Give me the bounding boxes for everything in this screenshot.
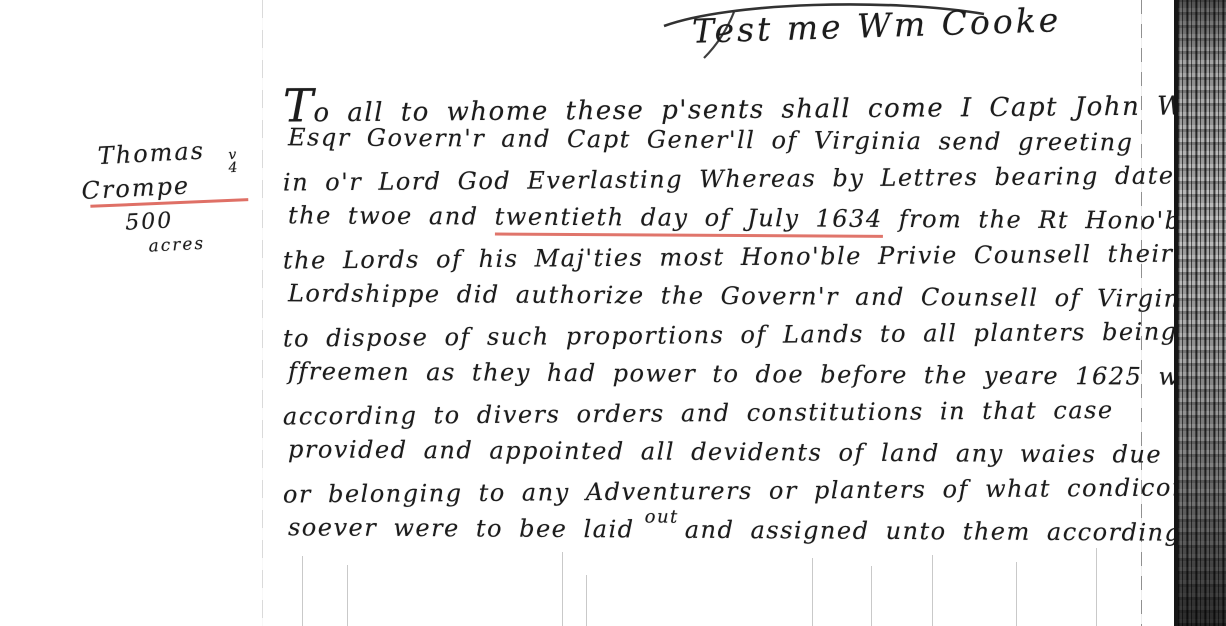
body-line-4: the twoe and twentieth day of July 1634 … [288,201,1183,245]
book-binding-edge [1174,0,1226,626]
margin-grantee-first-name: Thomas [97,133,276,170]
attestation-signature: Test me Wm Cooke [691,0,1061,51]
margin-annotation: Thomas v 4 Crompe 500 acres [75,133,281,260]
body-line-2: Esqr Govern'r and Capt Gener'll of Virgi… [288,123,1183,167]
body-line-8: ffreemen as they had power to doe before… [288,357,1183,401]
paper-crease-mark [347,565,348,626]
date-phrase-prefix: the twoe and [288,201,495,230]
margin-check-mark: v 4 [228,149,238,175]
body-line-9: according to divers orders and constitut… [283,395,1183,441]
body-line-6: Lordshippe did authorize the Govern'r an… [288,279,1183,323]
body-line-1: To all to whome these p'sents shall come… [283,72,1183,129]
paper-crease-mark [932,555,933,626]
red-underlined-date-phrase: twentieth day of July 1634 [495,203,883,238]
paper-crease-mark [1016,562,1017,626]
margin-acreage-unit: acres [148,230,281,257]
paper-crease-mark [302,556,303,626]
manuscript-page: Test me Wm Cooke Thomas v 4 Crompe 500 a… [0,0,1226,626]
page-fold-line-right [1141,0,1142,626]
closing-phrase-suffix: and assigned unto them according to [685,516,1225,547]
body-line-3: in o'r Lord God Everlasting Whereas by L… [283,161,1183,207]
paper-crease-mark [871,566,872,626]
paper-crease-mark [586,575,587,626]
body-line-11: or belonging to any Adventurers or plant… [283,473,1183,519]
page-fold-line-left [262,0,263,626]
paper-crease-mark [812,558,813,626]
paper-crease-mark [562,552,563,626]
body-line-10: provided and appointed all devidents of … [288,435,1183,479]
closing-phrase-prefix: soever were to bee laid [288,513,635,543]
body-line-12: soever were to bee laidoutand assigned u… [288,513,1183,557]
date-phrase-suffix: from the Rt Hono'ble [883,205,1207,235]
paper-crease-mark [1096,548,1097,626]
interlinear-insertion: out [645,506,679,527]
margin-grantee-surname: Crompe [81,167,278,205]
body-line-7: to dispose of such proportions of Lands … [283,317,1183,363]
patent-body-text: To all to whome these p'sents shall come… [283,76,1183,555]
body-line-5: the Lords of his Maj'ties most Hono'ble … [283,239,1183,285]
